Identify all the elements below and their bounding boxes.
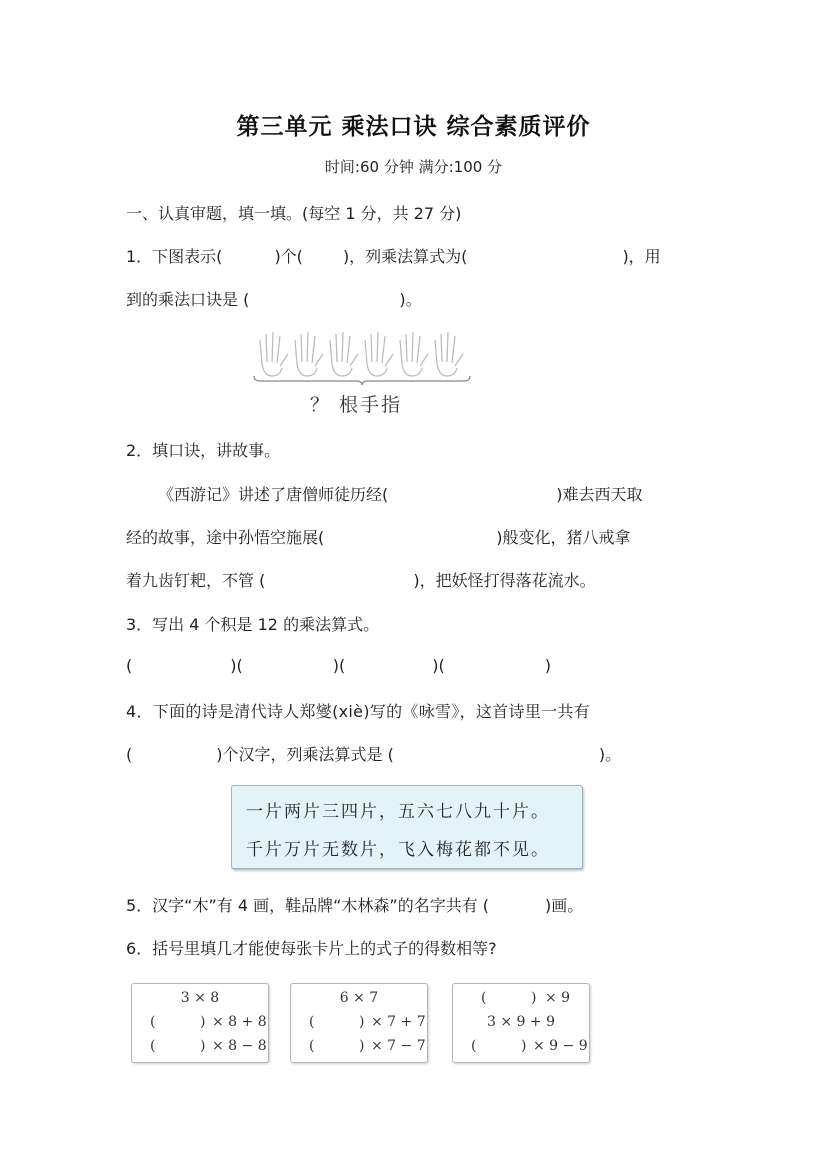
answer-blank[interactable]	[477, 1038, 519, 1056]
paren: (	[150, 1014, 155, 1030]
q2-text: )，把妖怪打得落花流水。	[413, 571, 595, 590]
equation-card-2: 6 × 7 ( ) × 7 + 7 ( ) × 7 − 7	[290, 983, 428, 1063]
q3-blanks: ()()()()	[126, 656, 551, 675]
poem-box: 一片两片三四片，五六七八九十片。 千片万片无数片，飞入梅花都不见。	[231, 785, 583, 869]
equation-card-3: ( ) × 9 3 × 9 + 9 ( ) × 9 − 9	[452, 983, 590, 1063]
q4-line2: ()个汉字，列乘法算式是 ()。	[126, 742, 621, 765]
q3-heading: 3．写出 4 个积是 12 的乘法算式。	[126, 612, 379, 635]
paren: (	[481, 990, 486, 1006]
q1-line1: 1．下图表示()个()，列乘法算式为()，用	[126, 244, 661, 267]
q5-line: 5．汉字“木”有 4 画，鞋品牌“木林森”的名字共有 ()画。	[126, 893, 583, 916]
card-expr: 3 × 9 + 9	[453, 1014, 589, 1036]
hands-illustration	[252, 326, 472, 386]
card-expr: 3 × 8	[132, 990, 268, 1012]
equation-card-1: 3 × 8 ( ) × 8 + 8 ( ) × 8 − 8	[131, 983, 269, 1063]
q1-text: )个(	[274, 247, 303, 266]
q2-line3: 着九齿钉耙，不管 ()，把妖怪打得落花流水。	[126, 568, 596, 591]
figure-caption: ？ 根手指	[310, 390, 402, 417]
q1-text: )，用	[622, 247, 660, 266]
q1-text: 到的乘法口诀是 (	[126, 290, 249, 309]
paren: (	[126, 656, 132, 675]
card-expr: × 9	[545, 990, 570, 1006]
paren: )(	[333, 656, 345, 675]
paren: )	[200, 1038, 205, 1054]
hands-icon	[252, 326, 472, 386]
poem-line-2: 千片万片无数片，飞入梅花都不见。	[246, 835, 550, 860]
paren: )(	[230, 656, 242, 675]
poem-line-1: 一片两片三四片，五六七八九十片。	[246, 797, 550, 822]
paren: )(	[432, 656, 444, 675]
paren: )	[359, 1038, 364, 1054]
q2-heading: 2．填口诀，讲故事。	[126, 438, 280, 461]
page-title: 第三单元 乘法口诀 综合素质评价	[0, 108, 827, 141]
q2-line1: 《西游记》讲述了唐僧师徒历经()难去西天取	[158, 482, 643, 505]
q2-text: 着九齿钉耙，不管 (	[126, 571, 265, 590]
q4-line1: 4．下面的诗是清代诗人郑燮(xiè)写的《咏雪》，这首诗里一共有	[126, 699, 590, 722]
card-expr: × 8 + 8	[212, 1014, 267, 1030]
paren: )	[531, 990, 536, 1006]
q4-text: )。	[599, 745, 621, 764]
section-heading: 一、认真审题，填一填。(每空 1 分，共 27 分)	[126, 201, 461, 224]
q1-text: 1．下图表示(	[126, 247, 222, 266]
q2-text: )般变化，猪八戒拿	[496, 528, 630, 547]
card-expr: × 7 − 7	[371, 1038, 426, 1054]
paren: (	[471, 1038, 476, 1054]
paren: )	[521, 1038, 526, 1054]
paren: (	[309, 1014, 314, 1030]
paren: (	[309, 1038, 314, 1054]
q2-text: )难去西天取	[556, 485, 642, 504]
paren: (	[150, 1038, 155, 1054]
q5-text: 5．汉字“木”有 4 画，鞋品牌“木林森”的名字共有 (	[126, 896, 489, 915]
q2-text: 《西游记》讲述了唐僧师徒历经(	[158, 485, 388, 504]
answer-blank[interactable]	[156, 1014, 198, 1032]
q2-line2: 经的故事，途中孙悟空施展()般变化，猪八戒拿	[126, 525, 631, 548]
paren: )	[200, 1014, 205, 1030]
paren: )	[359, 1014, 364, 1030]
q4-text: )个汉字，列乘法算式是 (	[216, 745, 394, 764]
answer-blank[interactable]	[487, 990, 527, 1008]
brace-icon	[254, 376, 470, 385]
card-expr: 6 × 7	[291, 990, 427, 1012]
q1-text: )。	[399, 290, 421, 309]
paren: )	[545, 656, 551, 675]
card-expr: × 9 − 9	[533, 1038, 588, 1054]
q6-heading: 6．括号里填几才能使每张卡片上的式子的得数相等?	[126, 936, 497, 959]
q1-text: )，列乘法算式为(	[343, 247, 468, 266]
q1-line2: 到的乘法口诀是 ()。	[126, 287, 422, 310]
answer-blank[interactable]	[315, 1038, 357, 1056]
answer-blank[interactable]	[156, 1038, 198, 1056]
paren: (	[126, 745, 132, 764]
q5-text: )画。	[545, 896, 583, 915]
answer-blank[interactable]	[315, 1014, 357, 1032]
exam-info: 时间:60 分钟 满分:100 分	[0, 156, 827, 177]
card-expr: × 8 − 8	[212, 1038, 267, 1054]
q2-text: 经的故事，途中孙悟空施展(	[126, 528, 324, 547]
card-expr: × 7 + 7	[371, 1014, 426, 1030]
